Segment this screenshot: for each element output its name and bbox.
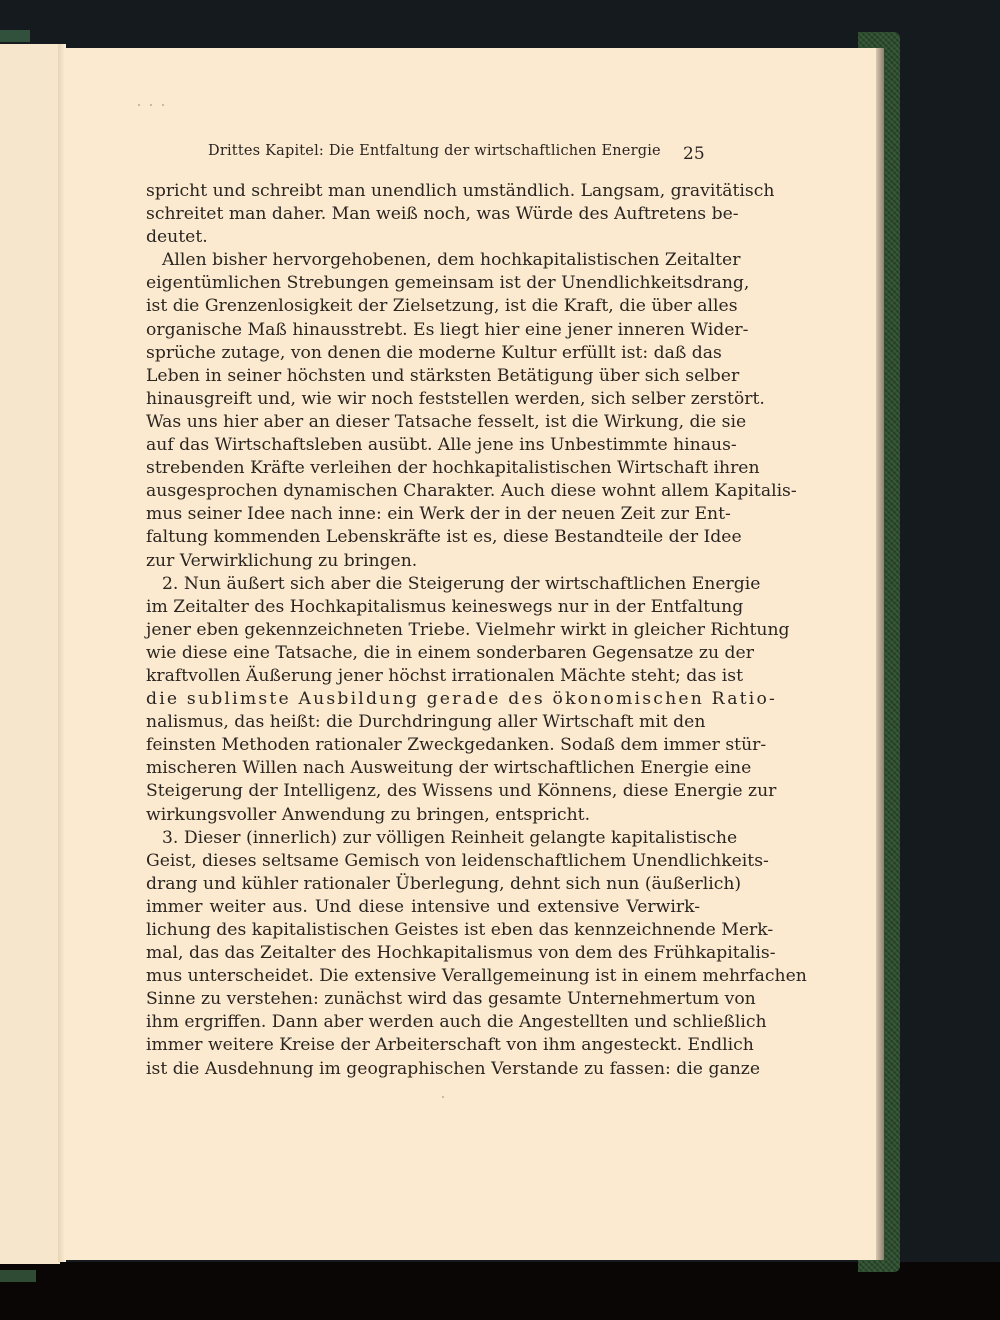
- text-line: ihm ergriffen. Dann aber werden auch die…: [146, 1011, 700, 1034]
- text-line: feinsten Methoden rationaler Zweckgedank…: [146, 734, 700, 757]
- text-line: ausgesprochen dynamischen Charakter. Auc…: [146, 480, 700, 503]
- text-line: strebenden Kräfte verleihen der hochkapi…: [146, 457, 700, 480]
- text-line: kraftvollen Äußerung jener höchst irrati…: [146, 665, 700, 688]
- text-line: jener eben gekennzeichneten Triebe. Viel…: [146, 619, 700, 642]
- text-line: wie diese eine Tatsache, die in einem so…: [146, 642, 700, 665]
- text-line: nalismus, das heißt: die Durchdringung a…: [146, 711, 700, 734]
- text-line: im Zeitalter des Hochkapitalismus keines…: [146, 596, 700, 619]
- text-line: immer weiter aus. Und diese intensive un…: [146, 896, 700, 919]
- page-edge: [876, 48, 884, 1260]
- text-line: organische Maß hinausstrebt. Es liegt hi…: [146, 319, 700, 342]
- text-line: schreitet man daher. Man weiß noch, was …: [146, 203, 700, 226]
- text-line: mal, das das Zeitalter des Hochkapitalis…: [146, 942, 700, 965]
- page-number: 25: [683, 144, 705, 164]
- text-line: Geist, dieses seltsame Gemisch von leide…: [146, 850, 700, 873]
- paragraph-start: Allen bisher hervorgehobenen, dem hochka…: [146, 249, 700, 272]
- body-text: spricht und schreibt man unendlich umstä…: [146, 180, 700, 1081]
- text-line-emphasis: die sublimste Ausbildung gerade des ökon…: [146, 688, 700, 711]
- page-speck: [442, 1096, 444, 1098]
- page-speck: [138, 104, 140, 106]
- text-line: mischeren Willen nach Ausweitung der wir…: [146, 757, 700, 780]
- text-line: zur Verwirklichung zu bringen.: [146, 550, 700, 573]
- text-line: faltung kommenden Lebenskräfte ist es, d…: [146, 526, 700, 549]
- text-line: Steigerung der Intelligenz, des Wissens …: [146, 780, 700, 803]
- text-line: auf das Wirtschaftsleben ausübt. Alle je…: [146, 434, 700, 457]
- paragraph-start-section-3: 3. Dieser (innerlich) zur völligen Reinh…: [146, 827, 700, 850]
- paragraph-start-section-2: 2. Nun äußert sich aber die Steigerung d…: [146, 573, 700, 596]
- page-speck: [150, 104, 152, 106]
- text-line: wirkungsvoller Anwendung zu bringen, ent…: [146, 804, 700, 827]
- text-line: spricht und schreibt man unendlich umstä…: [146, 180, 700, 203]
- page-speck: [162, 104, 164, 106]
- text-line: ist die Ausdehnung im geographischen Ver…: [146, 1058, 700, 1081]
- dark-background: [0, 1262, 1000, 1320]
- text-line: eigentümlichen Strebungen gemeinsam ist …: [146, 272, 700, 295]
- text-line: Leben in seiner höchsten und stärksten B…: [146, 365, 700, 388]
- running-head: Drittes Kapitel: Die Entfaltung der wirt…: [208, 143, 728, 159]
- text-line: drang und kühler rationaler Überlegung, …: [146, 873, 700, 896]
- book-cover-left-edge: [0, 30, 30, 42]
- text-line: lichung des kapitalistischen Geistes ist…: [146, 919, 700, 942]
- facing-page-left: [0, 44, 60, 1264]
- text-line: mus seiner Idee nach inne: ein Werk der …: [146, 503, 700, 526]
- text-line: mus unterscheidet. Die extensive Verallg…: [146, 965, 700, 988]
- text-line: Was uns hier aber an dieser Tatsache fes…: [146, 411, 700, 434]
- text-line: deutet.: [146, 226, 700, 249]
- text-line: hinausgreift und, wie wir noch feststell…: [146, 388, 700, 411]
- text-line: Sinne zu verstehen: zunächst wird das ge…: [146, 988, 700, 1011]
- book-cover-left-edge-bottom: [0, 1270, 36, 1282]
- text-line: sprüche zutage, von denen die moderne Ku…: [146, 342, 700, 365]
- text-line: immer weitere Kreise der Arbeiterschaft …: [146, 1034, 700, 1057]
- text-line: ist die Grenzenlosigkeit der Zielsetzung…: [146, 295, 700, 318]
